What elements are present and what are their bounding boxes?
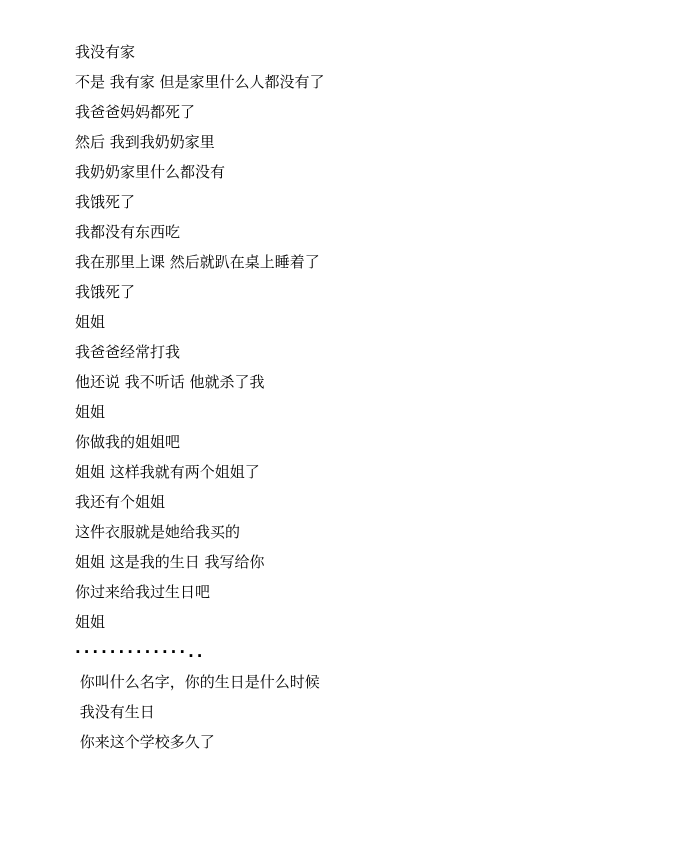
text-line: ·············..	[75, 637, 663, 667]
text-line: 我没有生日	[75, 697, 663, 727]
text-line: 你来这个学校多久了	[75, 727, 663, 757]
text-line: 我还有个姐姐	[75, 487, 663, 517]
text-line: 不是 我有家 但是家里什么人都没有了	[75, 67, 663, 97]
text-line: 姐姐	[75, 397, 663, 427]
text-line: 姐姐	[75, 307, 663, 337]
text-line: 你做我的姐姐吧	[75, 427, 663, 457]
document-page: 我没有家不是 我有家 但是家里什么人都没有了我爸爸妈妈都死了然后 我到我奶奶家里…	[0, 0, 683, 857]
text-line: 我爸爸经常打我	[75, 337, 663, 367]
text-line: 我在那里上课 然后就趴在桌上睡着了	[75, 247, 663, 277]
text-line: 然后 我到我奶奶家里	[75, 127, 663, 157]
text-line: 我爸爸妈妈都死了	[75, 97, 663, 127]
text-line: 你过来给我过生日吧	[75, 577, 663, 607]
text-line: 姐姐 这是我的生日 我写给你	[75, 547, 663, 577]
text-line: 我都没有东西吃	[75, 217, 663, 247]
text-line: 我饿死了	[75, 277, 663, 307]
text-line: 你叫什么名字，你的生日是什么时候	[75, 667, 663, 697]
text-line: 我饿死了	[75, 187, 663, 217]
text-line: 我没有家	[75, 37, 663, 67]
text-line: 这件衣服就是她给我买的	[75, 517, 663, 547]
text-line: 他还说 我不听话 他就杀了我	[75, 367, 663, 397]
document-body: 我没有家不是 我有家 但是家里什么人都没有了我爸爸妈妈都死了然后 我到我奶奶家里…	[75, 37, 663, 757]
text-line: 我奶奶家里什么都没有	[75, 157, 663, 187]
text-line: 姐姐 这样我就有两个姐姐了	[75, 457, 663, 487]
text-line: 姐姐	[75, 607, 663, 637]
